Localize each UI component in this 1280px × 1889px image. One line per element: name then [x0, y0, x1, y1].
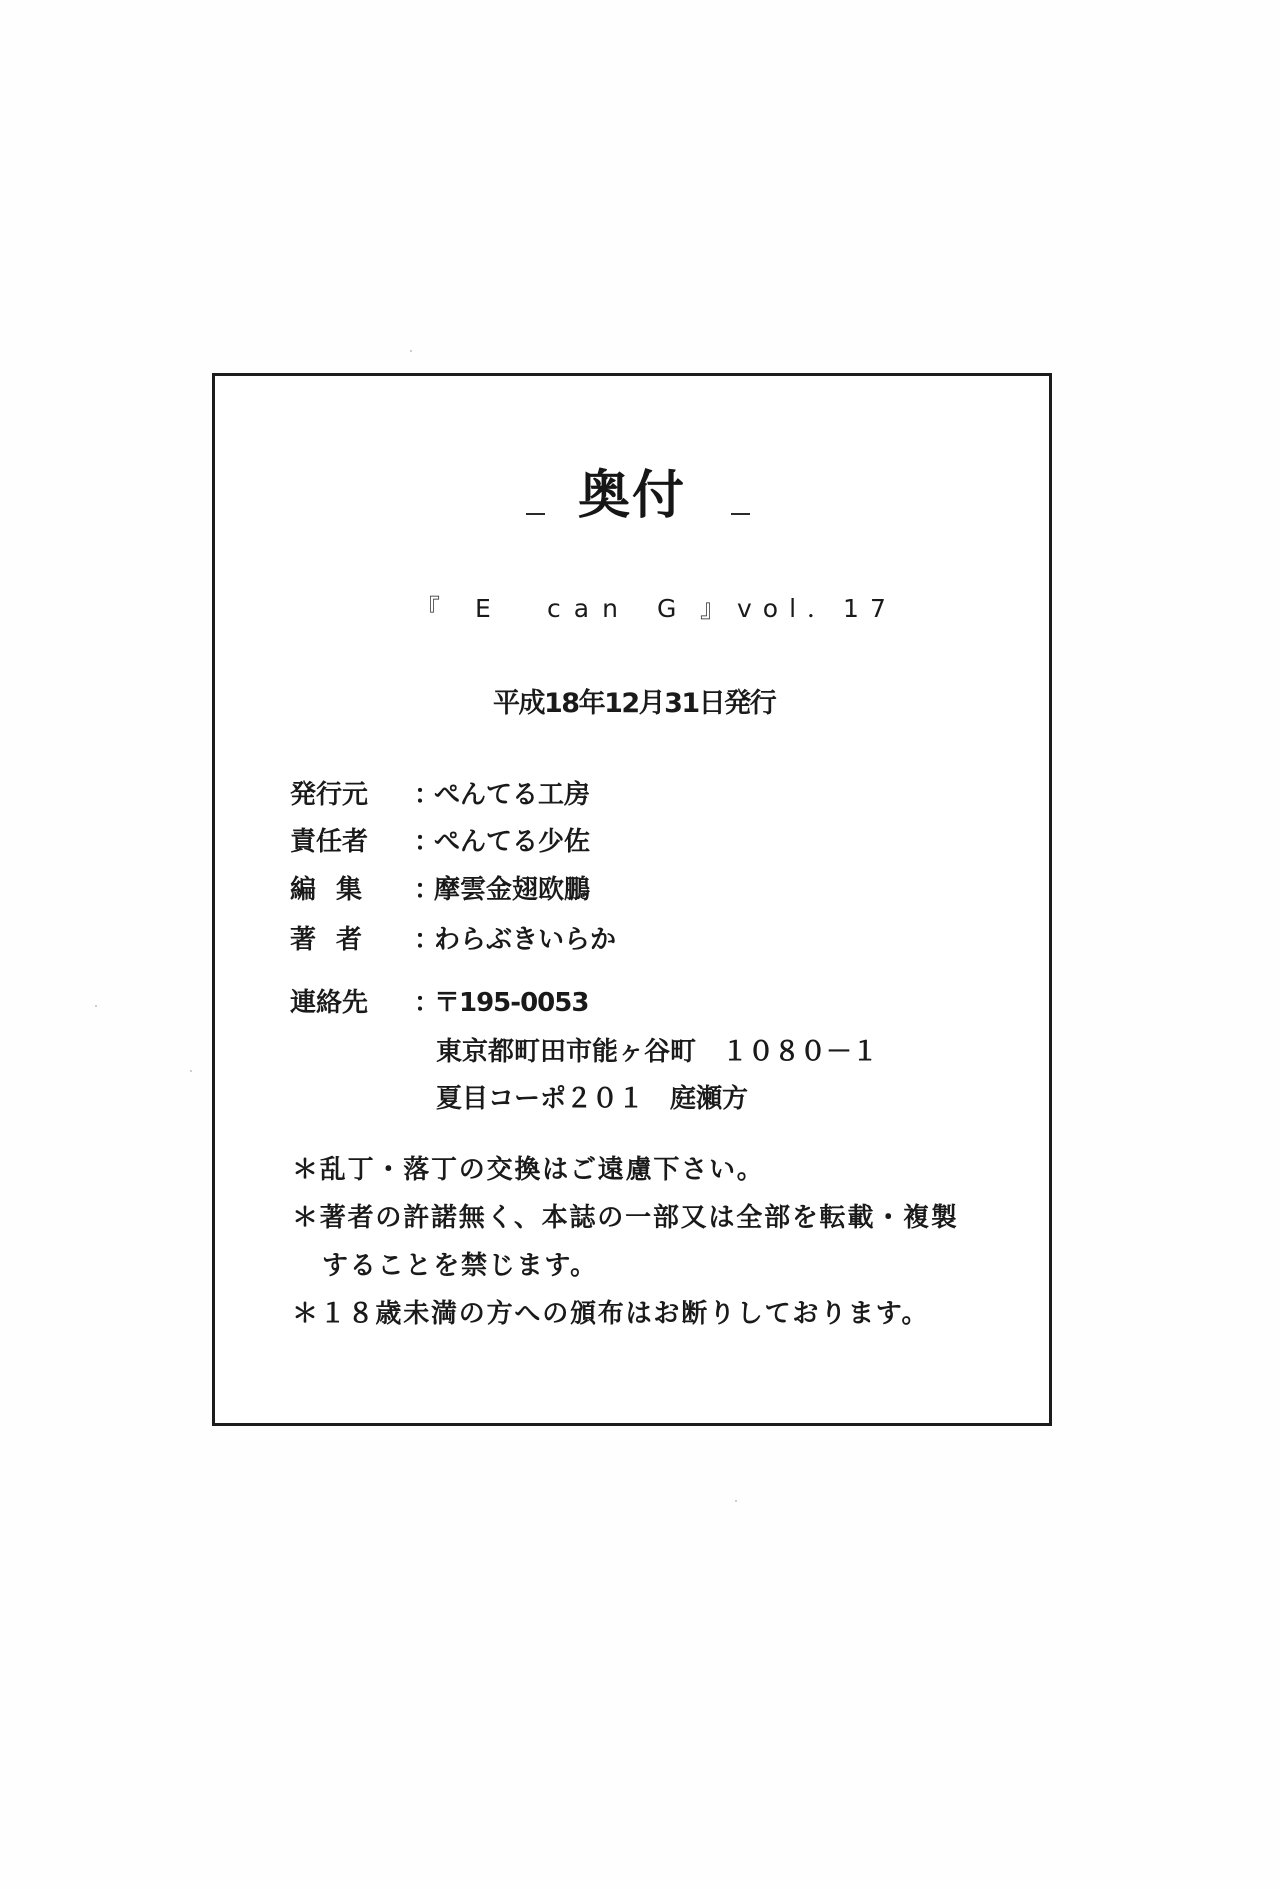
- field-label-author: 著者: [290, 927, 410, 953]
- issue-date: 平成18年12月31日発行: [493, 690, 775, 717]
- scan-speck: [95, 1005, 97, 1007]
- note-copyright-2: することを禁じます。: [322, 1253, 598, 1279]
- title-dash-left: [526, 513, 545, 515]
- field-value-author: わらぶきいらか: [434, 927, 616, 953]
- title-part-can: can: [547, 596, 631, 621]
- field-value-responsible: ぺんてる少佐: [434, 829, 590, 855]
- volume-number: vol．17: [737, 596, 897, 621]
- field-label-publisher: 発行元: [290, 782, 410, 808]
- note-no-exchange: ＊乱丁・落丁の交換はご遠慮下さい。: [292, 1157, 765, 1183]
- field-label-contact: 連絡先: [290, 990, 410, 1016]
- field-label-editor: 編集: [290, 877, 410, 903]
- title-dash-right: [731, 513, 750, 515]
- field-value-editor: 摩雲金翅欧鵬: [434, 877, 590, 903]
- close-bracket: 』: [700, 596, 725, 621]
- address-line-2: 夏目コーポ２０１ 庭瀬方: [436, 1086, 748, 1112]
- colophon-title: 奥付: [578, 470, 686, 522]
- field-label-responsible: 責任者: [290, 829, 410, 855]
- field-value-postal-code: 〒195-0053: [434, 990, 588, 1016]
- scan-speck: [410, 350, 412, 352]
- note-copyright-1: ＊著者の許諾無く、本誌の一部又は全部を転載・複製: [292, 1205, 959, 1231]
- scanned-page: 奥付 『 E can G 』 vol．17 平成18年12月31日発行 発行元 …: [0, 0, 1280, 1889]
- address-line-1: 東京都町田市能ヶ谷町 １０８０－１: [436, 1039, 878, 1065]
- title-part-g: G: [657, 596, 676, 621]
- open-bracket: 『: [415, 596, 440, 621]
- title-part-e: E: [475, 596, 491, 621]
- note-age-restriction: ＊１８歳未満の方への頒布はお断りしております。: [292, 1301, 929, 1327]
- scan-speck: [190, 1070, 192, 1072]
- field-value-publisher: ぺんてる工房: [434, 782, 590, 808]
- scan-speck: [735, 1500, 737, 1502]
